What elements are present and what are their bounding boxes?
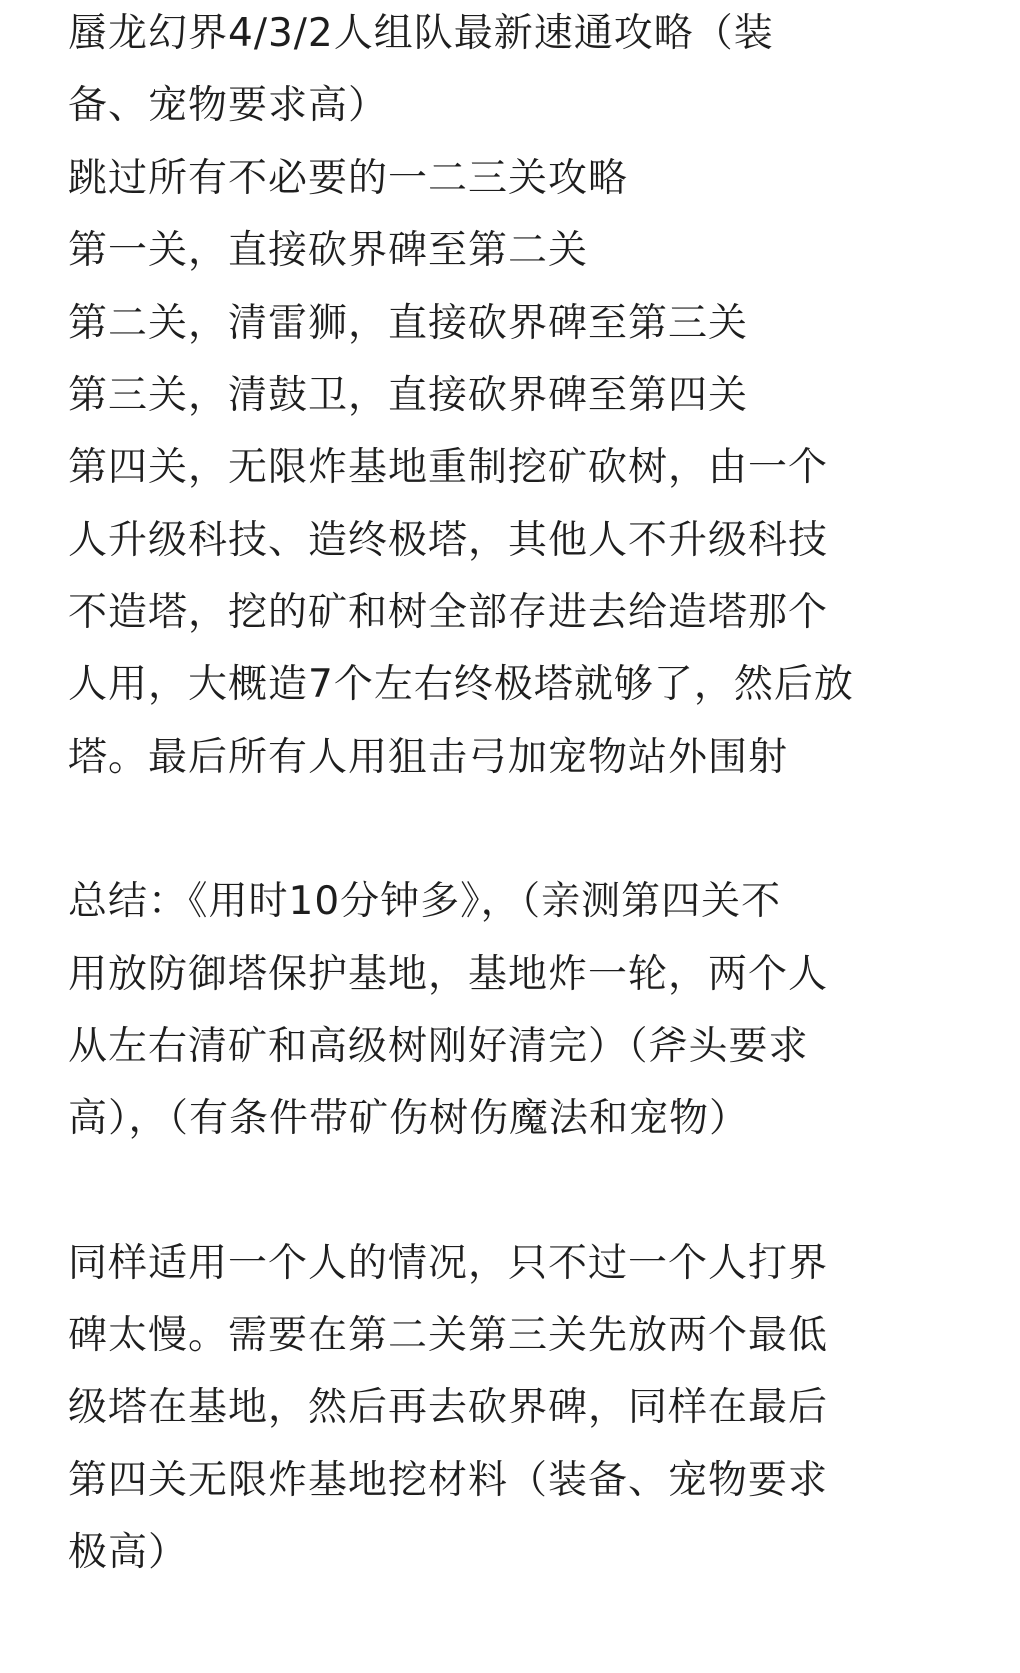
solo-line-2: 碑太慢。需要在第二关第三关先放两个最低 <box>68 1312 828 1360</box>
stage-1-line: 第一关，直接砍界碑至第二关 <box>68 227 588 275</box>
solo-line-4: 第四关无限炸基地挖材料（装备、宠物要求 <box>68 1457 828 1505</box>
summary-line-2: 用放防御塔保护基地，基地炸一轮，两个人 <box>68 951 828 999</box>
stage-2-line: 第二关，清雷狮，直接砍界碑至第三关 <box>68 300 748 348</box>
stage-3-line: 第三关，清鼓卫，直接砍界碑至第四关 <box>68 372 748 420</box>
solo-line-1: 同样适用一个人的情况，只不过一个人打界 <box>68 1240 828 1288</box>
stage-4-line-5: 塔。最后所有人用狙击弓加宠物站外围射 <box>68 734 788 782</box>
stage-4-line-1: 第四关，无限炸基地重制挖矿砍树，由一个 <box>68 444 828 492</box>
stage-4-line-2: 人升级科技、造终极塔，其他人不升级科技 <box>68 517 828 565</box>
solo-line-5: 极高） <box>68 1529 188 1577</box>
summary-line-3: 从左右清矿和高级树刚好清完）（斧头要求 <box>68 1023 809 1071</box>
stage-4-line-3: 不造塔，挖的矿和树全部存进去给造塔那个 <box>68 589 828 637</box>
summary-line-4: 高），（有条件带矿伤树伤魔法和宠物） <box>68 1095 749 1143</box>
stage-4-line-4: 人用，大概造7个左右终极塔就够了，然后放 <box>68 661 854 709</box>
title-line-1: 蜃龙幻界4/3/2人组队最新速通攻略（装 <box>68 10 774 58</box>
title-line-2: 备、宠物要求高） <box>68 82 388 130</box>
intro-line: 跳过所有不必要的一二三关攻略 <box>68 155 628 203</box>
solo-line-3: 级塔在基地，然后再去砍界碑，同样在最后 <box>68 1384 828 1432</box>
summary-line-1: 总结：《用时10分钟多》，（亲测第四关不 <box>68 878 781 926</box>
